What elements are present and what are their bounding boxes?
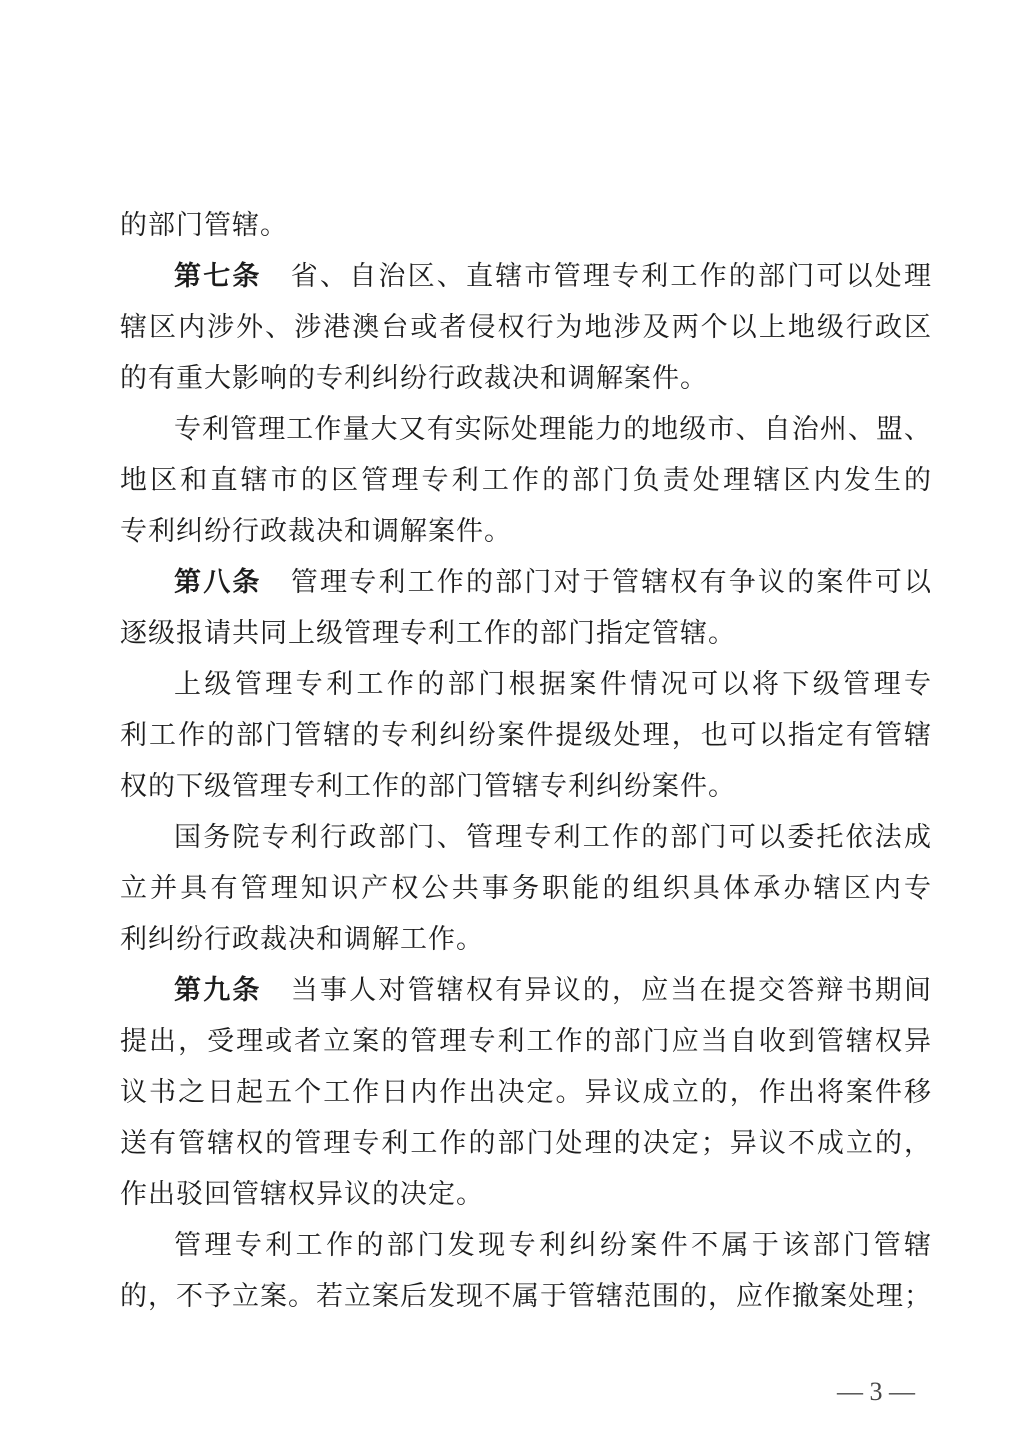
- text-run: 管理专利工作的部门发现专利纠纷案件不属于该部门管辖: [174, 1230, 932, 1260]
- text-line: 的有重大影响的专利纠纷行政裁决和调解案件。: [120, 353, 932, 404]
- text-line: 立并具有管理知识产权公共事务职能的组织具体承办辖区内专: [120, 863, 932, 914]
- text-run: 地区和直辖市的区管理专利工作的部门负责处理辖区内发生的: [120, 465, 932, 495]
- text-run: 送有管辖权的管理专利工作的部门处理的决定；异议不成立的，: [120, 1128, 932, 1158]
- text-line: 送有管辖权的管理专利工作的部门处理的决定；异议不成立的，: [120, 1118, 932, 1169]
- text-run: 的有重大影响的专利纠纷行政裁决和调解案件。: [120, 363, 708, 393]
- text-line: 地区和直辖市的区管理专利工作的部门负责处理辖区内发生的: [120, 455, 932, 506]
- article-number-heading: 第九条: [174, 975, 262, 1005]
- text-run: 辖区内涉外、涉港澳台或者侵权行为地涉及两个以上地级行政区: [120, 312, 932, 342]
- text-run: 省、自治区、直辖市管理专利工作的部门可以处理: [262, 261, 932, 291]
- text-line: 管理专利工作的部门发现专利纠纷案件不属于该部门管辖: [120, 1220, 932, 1271]
- text-line: 逐级报请共同上级管理专利工作的部门指定管辖。: [120, 608, 932, 659]
- text-line: 第八条 管理专利工作的部门对于管辖权有争议的案件可以: [120, 557, 932, 608]
- text-line: 权的下级管理专利工作的部门管辖专利纠纷案件。: [120, 761, 932, 812]
- document-page: 的部门管辖。第七条 省、自治区、直辖市管理专利工作的部门可以处理辖区内涉外、涉港…: [0, 0, 1026, 1434]
- text-run: 立并具有管理知识产权公共事务职能的组织具体承办辖区内专: [120, 873, 932, 903]
- text-run: 国务院专利行政部门、管理专利工作的部门可以委托依法成: [174, 822, 932, 852]
- article-number-heading: 第七条: [174, 261, 262, 291]
- text-run: 议书之日起五个工作日内作出决定。异议成立的，作出将案件移: [120, 1077, 932, 1107]
- document-body: 的部门管辖。第七条 省、自治区、直辖市管理专利工作的部门可以处理辖区内涉外、涉港…: [120, 200, 932, 1322]
- page-number: — 3 —: [826, 1376, 926, 1408]
- text-line: 的，不予立案。若立案后发现不属于管辖范围的，应作撤案处理；: [120, 1271, 932, 1322]
- text-line: 作出驳回管辖权异议的决定。: [120, 1169, 932, 1220]
- text-line: 国务院专利行政部门、管理专利工作的部门可以委托依法成: [120, 812, 932, 863]
- text-run: 作出驳回管辖权异议的决定。: [120, 1179, 484, 1209]
- text-line: 专利管理工作量大又有实际处理能力的地级市、自治州、盟、: [120, 404, 932, 455]
- text-line: 利工作的部门管辖的专利纠纷案件提级处理，也可以指定有管辖: [120, 710, 932, 761]
- text-run: 利工作的部门管辖的专利纠纷案件提级处理，也可以指定有管辖: [120, 720, 932, 750]
- text-run: 当事人对管辖权有异议的，应当在提交答辩书期间: [262, 975, 932, 1005]
- text-line: 提出，受理或者立案的管理专利工作的部门应当自收到管辖权异: [120, 1016, 932, 1067]
- text-run: 管理专利工作的部门对于管辖权有争议的案件可以: [262, 567, 932, 597]
- text-run: 上级管理专利工作的部门根据案件情况可以将下级管理专: [174, 669, 932, 699]
- text-run: 的部门管辖。: [120, 210, 288, 240]
- text-run: 专利管理工作量大又有实际处理能力的地级市、自治州、盟、: [174, 414, 932, 444]
- text-run: 提出，受理或者立案的管理专利工作的部门应当自收到管辖权异: [120, 1026, 932, 1056]
- text-line: 的部门管辖。: [120, 200, 932, 251]
- text-run: 逐级报请共同上级管理专利工作的部门指定管辖。: [120, 618, 736, 648]
- text-run: 利纠纷行政裁决和调解工作。: [120, 924, 484, 954]
- text-line: 第七条 省、自治区、直辖市管理专利工作的部门可以处理: [120, 251, 932, 302]
- text-line: 上级管理专利工作的部门根据案件情况可以将下级管理专: [120, 659, 932, 710]
- text-line: 辖区内涉外、涉港澳台或者侵权行为地涉及两个以上地级行政区: [120, 302, 932, 353]
- text-run: 权的下级管理专利工作的部门管辖专利纠纷案件。: [120, 771, 736, 801]
- text-line: 第九条 当事人对管辖权有异议的，应当在提交答辩书期间: [120, 965, 932, 1016]
- text-line: 专利纠纷行政裁决和调解案件。: [120, 506, 932, 557]
- text-line: 利纠纷行政裁决和调解工作。: [120, 914, 932, 965]
- article-number-heading: 第八条: [174, 567, 262, 597]
- text-run: 的，不予立案。若立案后发现不属于管辖范围的，应作撤案处理；: [120, 1281, 932, 1311]
- text-line: 议书之日起五个工作日内作出决定。异议成立的，作出将案件移: [120, 1067, 932, 1118]
- text-run: 专利纠纷行政裁决和调解案件。: [120, 516, 512, 546]
